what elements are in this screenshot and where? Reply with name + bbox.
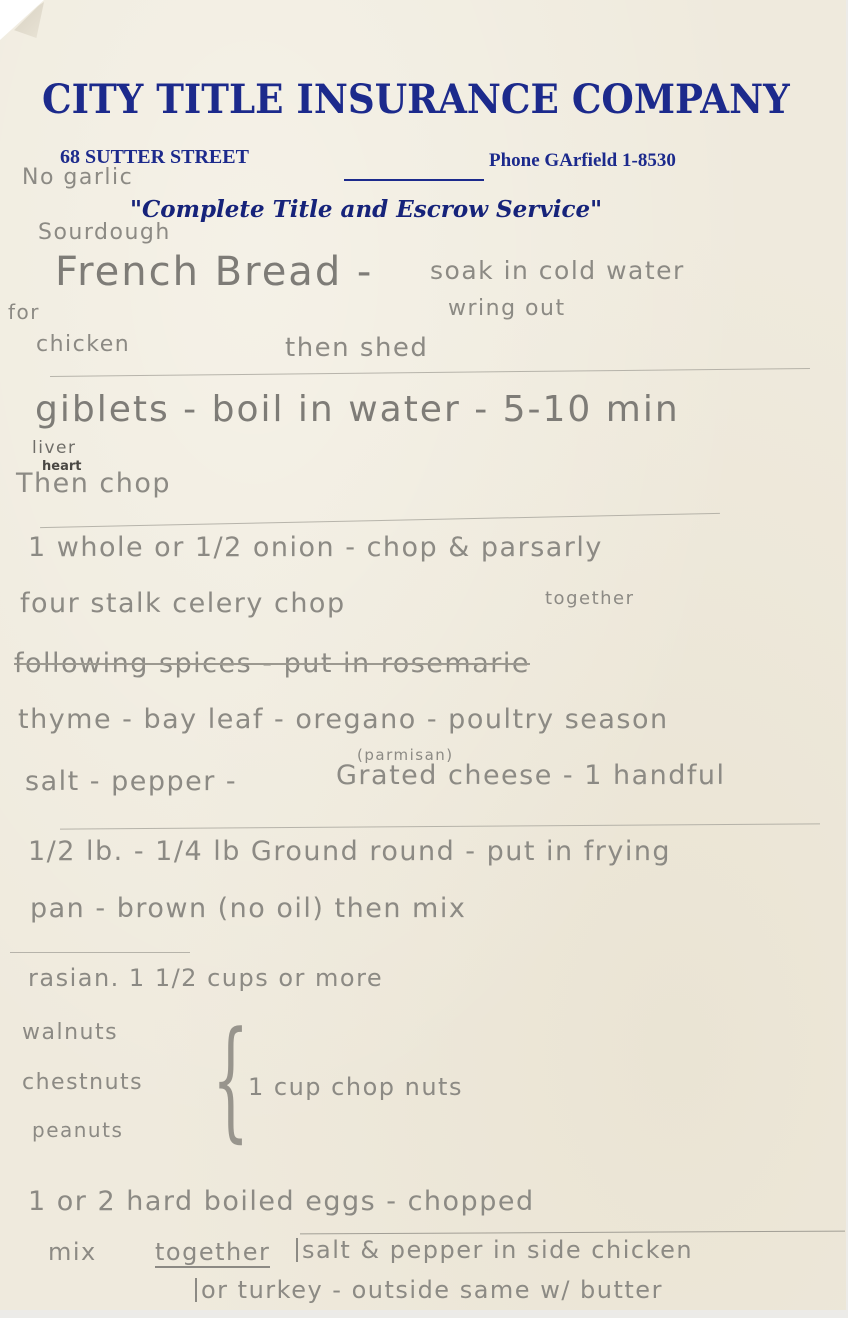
note-then-chop: Then chop — [16, 470, 171, 497]
note-thyme: thyme - bay leaf - oregano - poultry sea… — [18, 706, 669, 733]
note-celery: four stalk celery chop — [20, 590, 346, 617]
note-onion: 1 whole or 1/2 onion - chop & parsarly — [28, 534, 603, 561]
note-eggs: 1 or 2 hard boiled eggs - chopped — [28, 1188, 535, 1215]
note-then-shed: then shed — [285, 335, 428, 361]
pencil-divider — [40, 513, 720, 528]
pencil-divider — [10, 952, 190, 953]
note-liver: liver — [32, 440, 76, 457]
note-raisin: rasian. 1 1/2 cups or more — [28, 966, 383, 990]
company-name: CITY TITLE INSURANCE COMPANY — [42, 80, 736, 120]
note-together-1: together — [545, 590, 635, 608]
note-cheese: Grated cheese - 1 handful — [336, 762, 726, 789]
note-soak: soak in cold water — [430, 258, 685, 283]
letter-page: CITY TITLE INSURANCE COMPANY 68 SUTTER S… — [0, 0, 846, 1310]
note-spices: following spices - put in rosemarie — [14, 650, 530, 677]
note-nuts-cup: 1 cup chop nuts — [248, 1075, 463, 1099]
company-slogan: "Complete Title and Escrow Service" — [130, 196, 602, 223]
note-together-2: together — [155, 1240, 270, 1268]
pencil-divider — [60, 823, 820, 829]
pencil-divider — [300, 1231, 845, 1235]
note-giblets: giblets - boil in water - 5-10 min — [35, 392, 680, 428]
note-chestnuts: chestnuts — [22, 1072, 143, 1094]
note-french-bread: French Bread - — [55, 252, 373, 292]
note-salt-inside: salt & pepper in side chicken — [296, 1238, 693, 1262]
pencil-divider — [50, 368, 810, 377]
note-ground-round: 1/2 lb. - 1/4 lb Ground round - put in f… — [28, 838, 671, 865]
note-walnuts: walnuts — [22, 1022, 118, 1044]
note-sourdough: Sourdough — [38, 222, 171, 244]
note-no-garlic: No garlic — [22, 167, 133, 189]
note-peanuts: peanuts — [32, 1120, 123, 1140]
note-mix: mix — [48, 1240, 97, 1264]
letterhead-divider — [344, 179, 484, 181]
note-salt-pepper: salt - pepper - — [25, 768, 237, 795]
brace-icon: { — [212, 1014, 249, 1144]
note-turkey: or turkey - outside same w/ butter — [195, 1278, 663, 1302]
background-strip — [0, 1310, 848, 1318]
note-pan: pan - brown (no oil) then mix — [30, 895, 466, 922]
note-wring-out: wring out — [448, 298, 566, 320]
company-phone: Phone GArfield 1-8530 — [489, 150, 676, 172]
note-for: for — [8, 302, 40, 322]
note-chicken: chicken — [36, 334, 130, 356]
